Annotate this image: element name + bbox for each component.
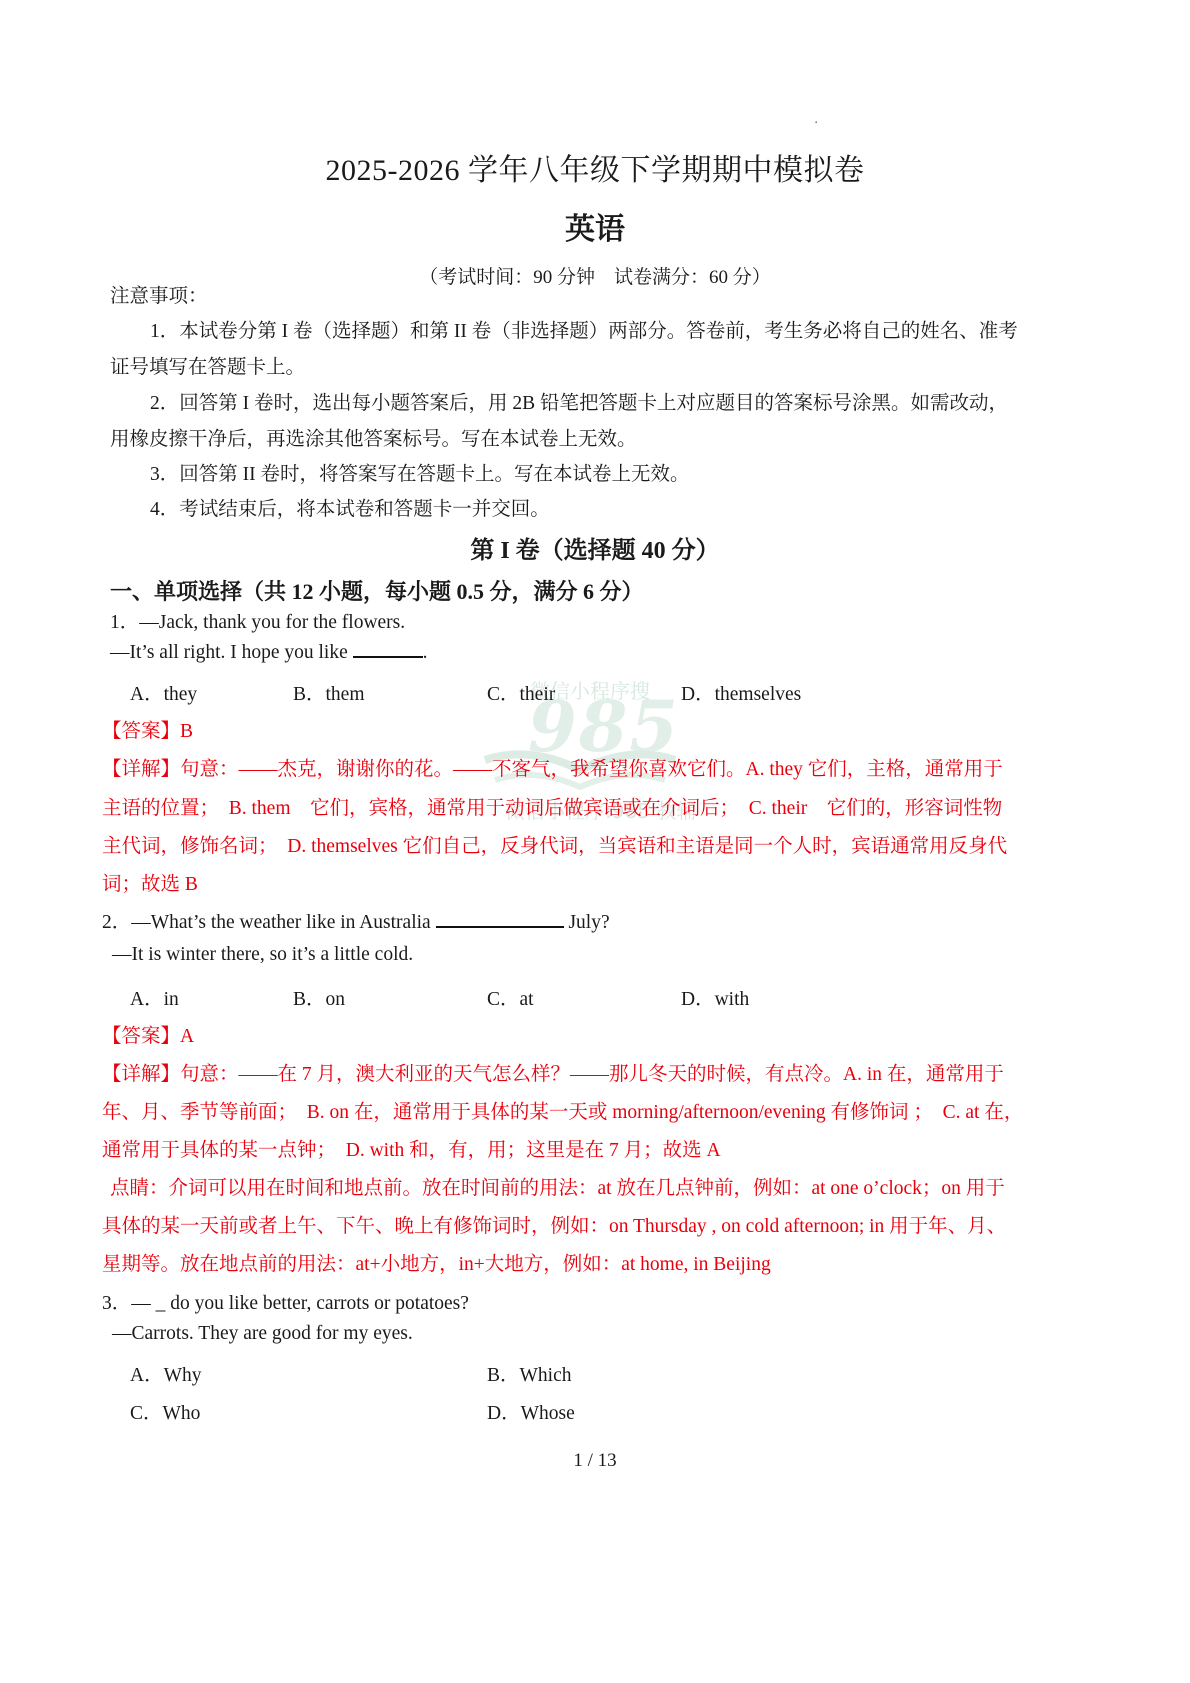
q1-reply-text: —It’s all right. I hope you like <box>110 642 353 663</box>
q1-explain-line4: 词；故选 B <box>102 868 198 896</box>
q1-answer-label: 【答案】 <box>102 721 180 742</box>
q1-option-b: B．them <box>293 678 365 706</box>
q2-explain-line2: 年、月、季节等前面； B. on 在，通常用于具体的某一天或 morning/a… <box>102 1096 1023 1124</box>
q2-explain-line1: 【详解】句意：——在 7 月，澳大利亚的天气怎么样？——那儿冬天的时候，有点冷。… <box>102 1058 1004 1086</box>
q2-prompt-suffix: July? <box>564 912 610 933</box>
q2-tip-line1: 点睛：介词可以用在时间和地点前。放在时间前的用法：at 放在几点钟前，例如：at… <box>110 1172 1005 1200</box>
note-item-3: 3．回答第 II 卷时，将答案写在答题卡上。写在本试卷上无效。 <box>150 458 690 486</box>
q1-option-d: D．themselves <box>681 678 801 706</box>
q2-option-b: B．on <box>293 983 345 1011</box>
q3-option-b: B．Which <box>487 1359 571 1387</box>
q3-prompt: 3．— _ do you like better, carrots or pot… <box>102 1287 469 1315</box>
notes-heading: 注意事项： <box>110 280 208 308</box>
q2-explain-line3: 通常用于具体的某一点钟； D. with 和，有，用；这里是在 7 月；故选 A <box>102 1134 721 1162</box>
q1-explain-line2: 主语的位置； B. them 它们，宾格，通常用于动词后做宾语或在介词后； C.… <box>102 792 1002 820</box>
note-item-4: 4．考试结束后，将本试卷和答题卡一并交回。 <box>150 493 550 521</box>
q3-option-d: D．Whose <box>487 1397 575 1425</box>
q1-option-c: C．their <box>487 678 555 706</box>
q3-reply: —Carrots. They are good for my eyes. <box>112 1323 413 1345</box>
q2-tip-line3: 星期等。放在地点前的用法：at+小地方，in+大地方，例如：at home, i… <box>102 1248 771 1276</box>
exam-subject: 英语 <box>0 204 1190 248</box>
page-number: 1 / 13 <box>0 1450 1190 1472</box>
exam-title: 2025-2026 学年八年级下学期期中模拟卷 <box>0 145 1190 189</box>
part-title: 一、单项选择（共 12 小题，每小题 0.5 分，满分 6 分） <box>110 575 644 606</box>
q2-prompt: 2．—What’s the weather like in Australia … <box>102 906 610 934</box>
scan-mark: ▪ <box>815 120 817 126</box>
q2-option-c: C．at <box>487 983 534 1011</box>
q2-prompt-text: 2．—What’s the weather like in Australia <box>102 912 436 933</box>
q3-option-c: C．Who <box>130 1397 200 1425</box>
q1-answer: 【答案】B <box>102 715 193 743</box>
q1-explain-label: 【详解】 <box>102 759 180 780</box>
q1-reply-suffix: . <box>423 642 428 663</box>
q2-answer-value: A <box>180 1026 194 1047</box>
q2-option-d: D．with <box>681 983 749 1011</box>
q1-explain-line3: 主代词，修饰名词； D. themselves 它们自己，反身代词，当宾语和主语… <box>102 830 1007 858</box>
note-item-1-line2: 证号填写在答题卡上。 <box>110 351 305 379</box>
q1-reply: —It’s all right. I hope you like . <box>110 642 428 664</box>
q3-option-a: A．Why <box>130 1359 202 1387</box>
q1-answer-value: B <box>180 721 193 742</box>
note-item-2-line2: 用橡皮擦干净后，再选涂其他答案标号。写在本试卷上无效。 <box>110 423 637 451</box>
section-title: 第 I 卷（选择题 40 分） <box>0 530 1190 565</box>
q2-answer: 【答案】A <box>102 1020 194 1048</box>
q1-prompt: 1．—Jack, thank you for the flowers. <box>110 606 405 634</box>
q1-option-a: A．they <box>130 678 197 706</box>
q2-tip-line2: 具体的某一天前或者上午、下午、晚上有修饰词时，例如：on Thursday , … <box>102 1210 1006 1238</box>
q1-explain-line1: 【详解】句意：——杰克，谢谢你的花。——不客气，我希望你喜欢它们。A. they… <box>102 753 1003 781</box>
note-item-2-line1: 2．回答第 I 卷时，选出每小题答案后，用 2B 铅笔把答题卡上对应题目的答案标… <box>150 387 1008 415</box>
q1-blank <box>353 654 423 658</box>
q1-explain-text-1: 句意：——杰克，谢谢你的花。——不客气，我希望你喜欢它们。A. they 它们，… <box>180 759 1003 780</box>
q2-option-a: A．in <box>130 983 179 1011</box>
q2-reply: —It is winter there, so it’s a little co… <box>112 944 413 966</box>
q2-blank <box>436 924 564 928</box>
q2-explain-label: 【详解】 <box>102 1064 180 1085</box>
q2-explain-text-1: 句意：——在 7 月，澳大利亚的天气怎么样？——那儿冬天的时候，有点冷。A. i… <box>180 1064 1004 1085</box>
note-item-1-line1: 1．本试卷分第 I 卷（选择题）和第 II 卷（非选择题）两部分。答卷前，考生务… <box>150 315 1018 343</box>
q2-answer-label: 【答案】 <box>102 1026 180 1047</box>
